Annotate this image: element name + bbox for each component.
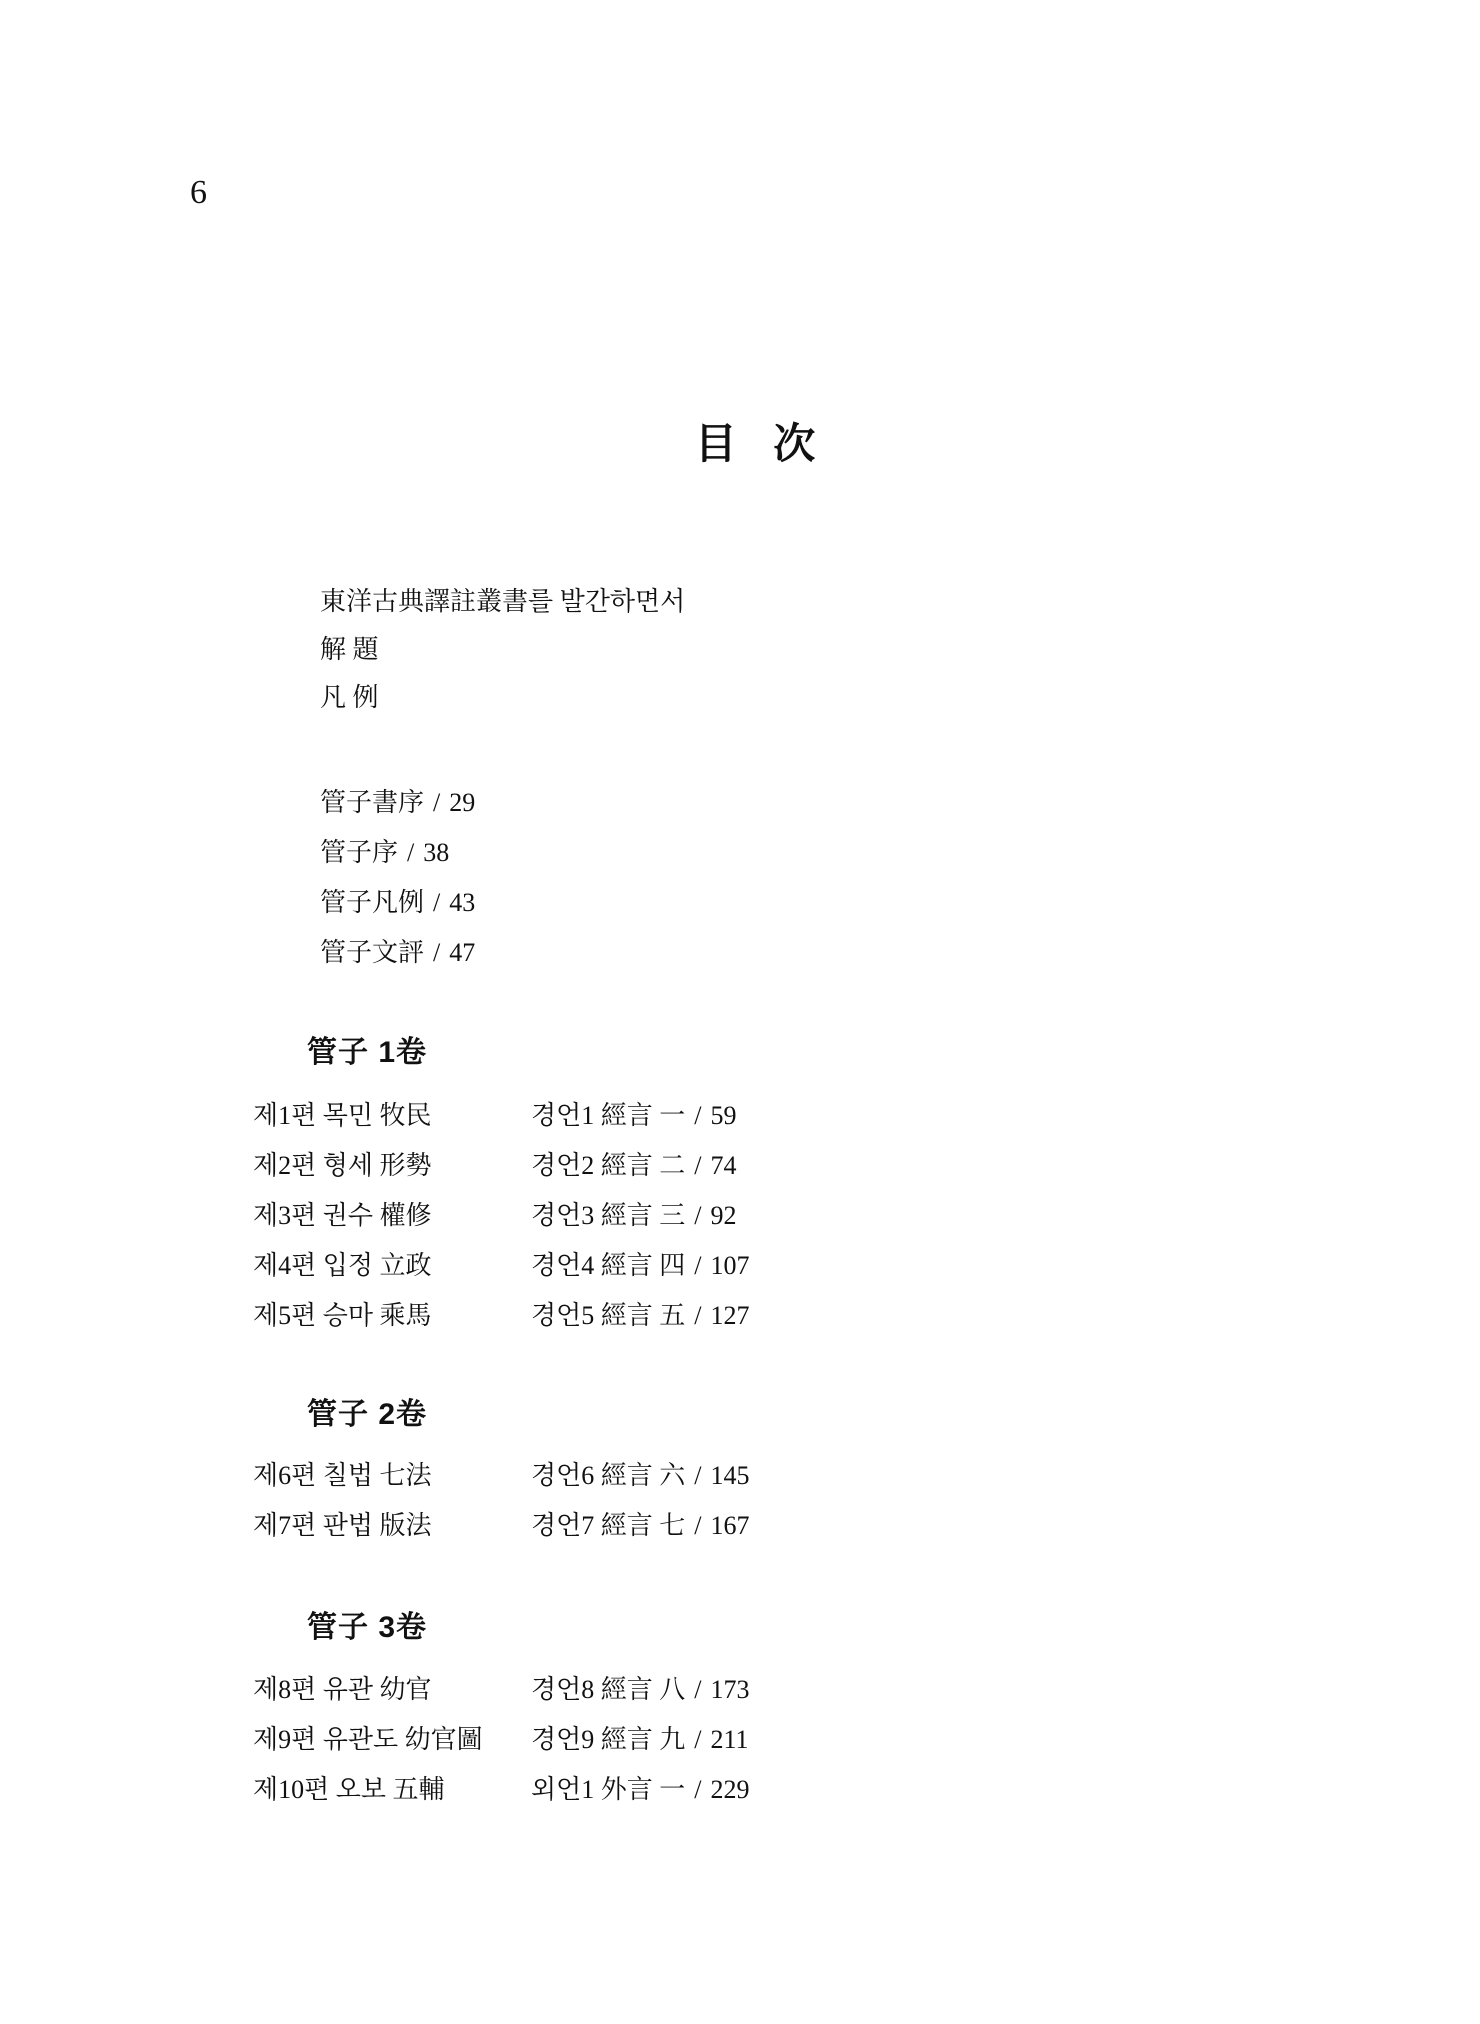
chapter-title: 제1편 목민 牧民 [253, 1091, 531, 1141]
toc-separator: / [433, 778, 440, 828]
toc-separator: / [694, 1451, 701, 1501]
part-label-text: 경언3 經言 三 [531, 1201, 685, 1230]
toc-entry-title: 管子序 [320, 838, 398, 867]
toc-entry-page: 47 [449, 938, 475, 967]
toc-entry-title: 管子凡例 [320, 888, 424, 917]
part-label: 경언1 經言 一/59 [531, 1091, 736, 1141]
toc-row: 제8편 유관 幼官 경언8 經言 八/173 [253, 1665, 749, 1715]
toc-separator: / [433, 878, 440, 928]
toc-separator: / [694, 1141, 701, 1191]
part-label-text: 경언7 經言 七 [531, 1511, 685, 1540]
part-page: 127 [710, 1301, 749, 1330]
toc-separator: / [694, 1241, 701, 1291]
toc-separator: / [407, 828, 414, 878]
part-page: 74 [710, 1151, 736, 1180]
part-label-text: 경언1 經言 一 [531, 1101, 685, 1130]
toc-separator: / [694, 1091, 701, 1141]
toc-separator: / [694, 1665, 701, 1715]
toc-row: 제6편 칠법 七法 경언6 經言 六/145 [253, 1451, 749, 1501]
part-label-text: 경언8 經言 八 [531, 1675, 685, 1704]
book-toc-page: 6 目 次 東洋古典譯註叢書를 발간하면서 解 題 凡 例 管子書序/29 管子… [0, 0, 1480, 2024]
chapter-title: 제6편 칠법 七法 [253, 1451, 531, 1501]
toc-separator: / [694, 1715, 701, 1765]
toc-row: 제2편 형세 形勢 경언2 經言 二/74 [253, 1141, 749, 1191]
toc-entry: 管子書序/29 [320, 778, 475, 828]
volume-heading: 管子 3卷 [307, 1613, 427, 1643]
preface-list: 管子書序/29 管子序/38 管子凡例/43 管子文評/47 [320, 778, 475, 978]
chapter-title: 제5편 승마 乘馬 [253, 1291, 531, 1341]
chapter-title: 제8편 유관 幼官 [253, 1665, 531, 1715]
toc-entry-title: 管子書序 [320, 788, 424, 817]
volume-rows: 제1편 목민 牧民 경언1 經言 一/59 제2편 형세 形勢 경언2 經言 二… [253, 1091, 749, 1341]
toc-row: 제5편 승마 乘馬 경언5 經言 五/127 [253, 1291, 749, 1341]
toc-row: 제9편 유관도 幼官圖 경언9 經言 九/211 [253, 1715, 749, 1765]
part-label: 외언1 外言 一/229 [531, 1765, 749, 1815]
chapter-title: 제9편 유관도 幼官圖 [253, 1715, 531, 1765]
part-label-text: 경언9 經言 九 [531, 1725, 685, 1754]
part-label-text: 경언5 經言 五 [531, 1301, 685, 1330]
volume-heading: 管子 1卷 [307, 1038, 427, 1068]
front-matter-item: 解 題 [320, 626, 685, 674]
part-label: 경언7 經言 七/167 [531, 1501, 749, 1551]
part-label: 경언4 經言 四/107 [531, 1241, 749, 1291]
toc-row: 제4편 입정 立政 경언4 經言 四/107 [253, 1241, 749, 1291]
chapter-title: 제10편 오보 五輔 [253, 1765, 531, 1815]
toc-row: 제3편 권수 權修 경언3 經言 三/92 [253, 1191, 749, 1241]
part-page: 92 [710, 1201, 736, 1230]
volume-rows: 제6편 칠법 七法 경언6 經言 六/145 제7편 판법 版法 경언7 經言 … [253, 1451, 749, 1551]
part-label-text: 경언6 經言 六 [531, 1461, 685, 1490]
toc-row: 제1편 목민 牧民 경언1 經言 一/59 [253, 1091, 749, 1141]
page-number: 6 [190, 176, 207, 210]
part-label: 경언2 經言 二/74 [531, 1141, 736, 1191]
toc-entry-title: 管子文評 [320, 938, 424, 967]
toc-separator: / [433, 928, 440, 978]
part-page: 107 [710, 1251, 749, 1280]
part-label-text: 경언2 經言 二 [531, 1151, 685, 1180]
toc-separator: / [694, 1501, 701, 1551]
part-page: 173 [710, 1675, 749, 1704]
toc-separator: / [694, 1291, 701, 1341]
part-label: 경언6 經言 六/145 [531, 1451, 749, 1501]
part-page: 167 [710, 1511, 749, 1540]
part-page: 211 [710, 1725, 748, 1754]
toc-entry: 管子序/38 [320, 828, 475, 878]
page-title: 目 次 [0, 424, 1480, 466]
part-label: 경언8 經言 八/173 [531, 1665, 749, 1715]
part-label: 경언5 經言 五/127 [531, 1291, 749, 1341]
toc-entry-page: 43 [449, 888, 475, 917]
toc-entry-page: 29 [449, 788, 475, 817]
part-page: 59 [710, 1101, 736, 1130]
chapter-title: 제2편 형세 形勢 [253, 1141, 531, 1191]
part-label: 경언9 經言 九/211 [531, 1715, 749, 1765]
volume-heading: 管子 2卷 [307, 1400, 427, 1430]
toc-row: 제7편 판법 版法 경언7 經言 七/167 [253, 1501, 749, 1551]
toc-row: 제10편 오보 五輔 외언1 外言 一/229 [253, 1765, 749, 1815]
toc-entry: 管子凡例/43 [320, 878, 475, 928]
front-matter-list: 東洋古典譯註叢書를 발간하면서 解 題 凡 例 [320, 578, 685, 722]
part-label: 경언3 經言 三/92 [531, 1191, 736, 1241]
toc-separator: / [694, 1765, 701, 1815]
chapter-title: 제3편 권수 權修 [253, 1191, 531, 1241]
front-matter-item: 凡 例 [320, 674, 685, 722]
toc-separator: / [694, 1191, 701, 1241]
part-page: 145 [710, 1461, 749, 1490]
part-label-text: 경언4 經言 四 [531, 1251, 685, 1280]
chapter-title: 제7편 판법 版法 [253, 1501, 531, 1551]
chapter-title: 제4편 입정 立政 [253, 1241, 531, 1291]
part-page: 229 [710, 1775, 749, 1804]
front-matter-item: 東洋古典譯註叢書를 발간하면서 [320, 578, 685, 626]
volume-rows: 제8편 유관 幼官 경언8 經言 八/173 제9편 유관도 幼官圖 경언9 經… [253, 1665, 749, 1815]
part-label-text: 외언1 外言 一 [531, 1775, 685, 1804]
toc-entry-page: 38 [423, 838, 449, 867]
toc-entry: 管子文評/47 [320, 928, 475, 978]
